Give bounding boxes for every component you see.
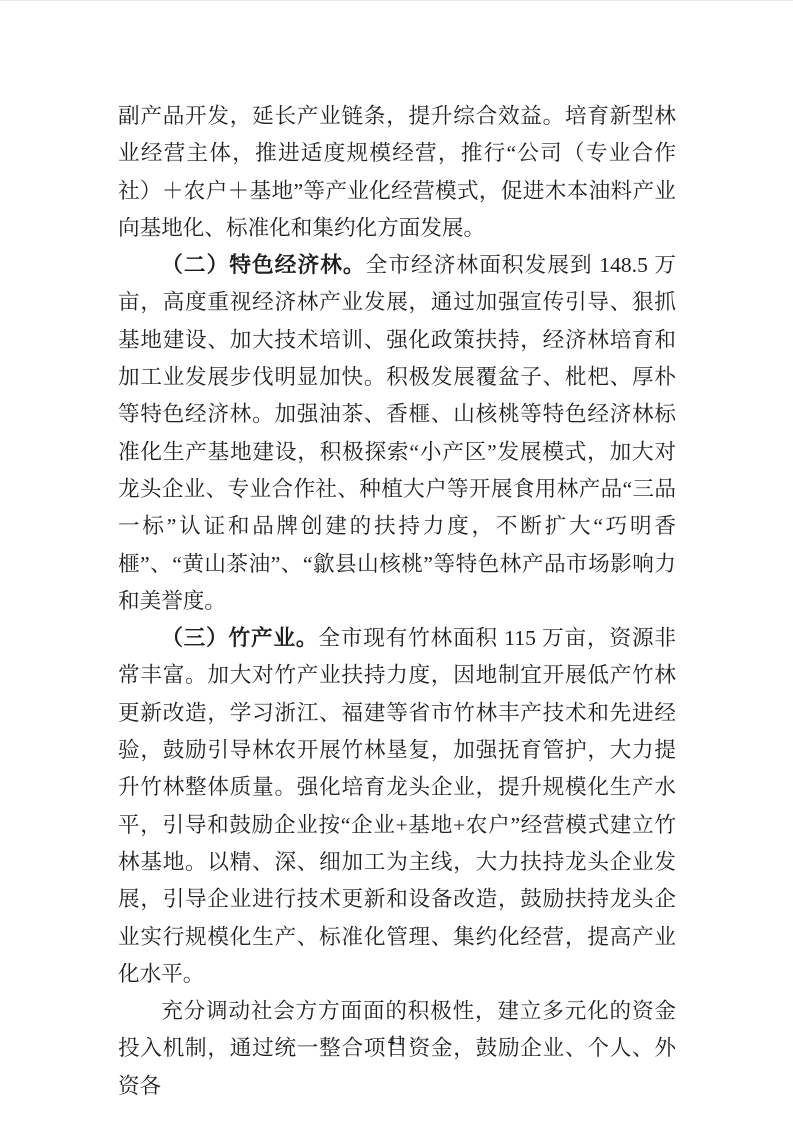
- body-text: 全市经济林面积发展到 148.5 万亩，高度重视经济林产业发展，通过加强宣传引导…: [118, 253, 676, 613]
- body-text: 全市现有竹林面积 115 万亩，资源非常丰富。加大对竹产业扶持力度，因地制宜开展…: [118, 626, 676, 986]
- page-footer: - 41 -: [0, 1032, 793, 1050]
- paragraph-continuation: 副产品开发，延长产业链条，提升综合效益。培育新型林业经营主体，推进适度规模经营，…: [118, 98, 676, 247]
- body-text: 副产品开发，延长产业链条，提升综合效益。培育新型林业经营主体，推进适度规模经营，…: [118, 104, 676, 240]
- paragraph-bamboo-industry: （三）竹产业。全市现有竹林面积 115 万亩，资源非常丰富。加大对竹产业扶持力度…: [118, 620, 676, 993]
- section-heading-2: （二）特色经济林。: [161, 253, 365, 277]
- page-number: - 41 -: [376, 1033, 416, 1049]
- section-heading-3: （三）竹产业。: [161, 626, 318, 650]
- document-body: 副产品开发，延长产业链条，提升综合效益。培育新型林业经营主体，推进适度规模经营，…: [118, 98, 676, 1105]
- paragraph-special-economic-forest: （二）特色经济林。全市经济林面积发展到 148.5 万亩，高度重视经济林产业发展…: [118, 247, 676, 620]
- document-page: 副产品开发，延长产业链条，提升综合效益。培育新型林业经营主体，推进适度规模经营，…: [0, 0, 793, 1123]
